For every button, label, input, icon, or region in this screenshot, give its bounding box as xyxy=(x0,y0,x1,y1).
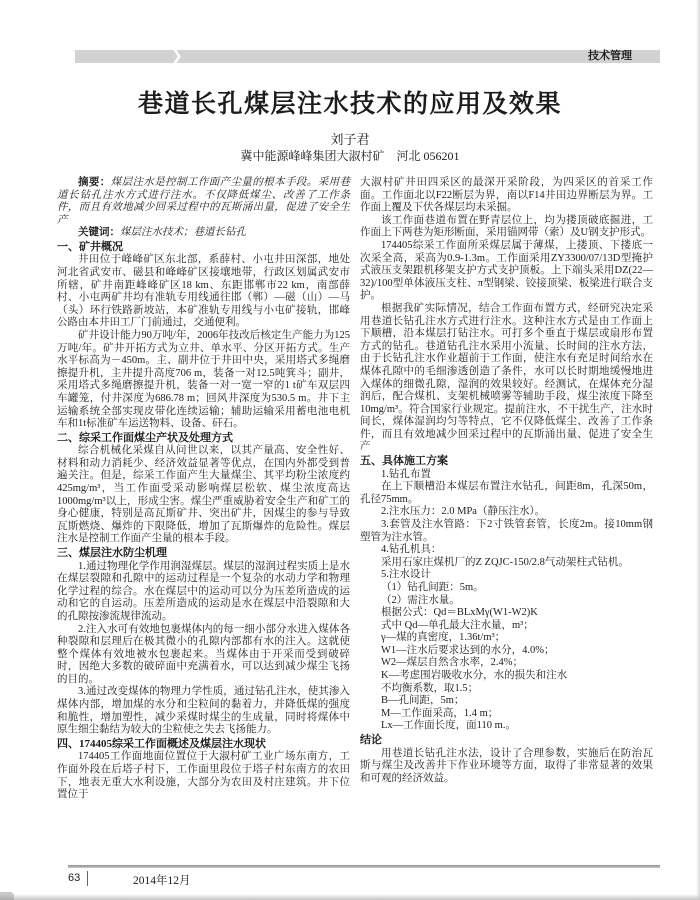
paragraph: K—考虑围岩吸收水分，水的损失和注水 xyxy=(360,670,653,683)
right-column: 大淑村矿井田四采区的最深开采阶段，为四采区的首采工作面。工作面北以F22断层为界… xyxy=(360,177,653,802)
paragraph: 174405综采工作面所采煤层属于薄煤，上搂顶、下搂底一次采全高，采高为0.9-… xyxy=(360,240,653,303)
paragraph: 根据公式：Qd＝BLxMγ(W1-W2)K xyxy=(360,607,653,620)
header-bar: ❯ 技术管理 xyxy=(75,50,660,63)
section-heading: 五、具体施工方案 xyxy=(360,454,653,469)
paragraph: 3.套管及注水管路：下2寸铁管套管，长度2m。接10mm钢塑管为注水管。 xyxy=(360,519,653,544)
keywords-label: 关键词： xyxy=(78,227,120,238)
paragraph: 用巷道长钻孔注水法，设计了合理参数，实施后在防治瓦斯与煤尘及改善井下作业环境等方… xyxy=(360,748,653,786)
section-heading: 三、煤层注水防尘机理 xyxy=(57,546,350,561)
paragraph: B—孔间距，5m； xyxy=(360,695,653,708)
paragraph: 1.通过物理化学作用润湿煤层。煤层的湿润过程实质上是水在煤层裂隙和孔隙中的运动过… xyxy=(57,561,350,624)
paragraph: 式中 Qd—单孔最大注水量，m³； xyxy=(360,620,653,633)
keywords: 关键词：煤层注水技术；巷道长钻孔 xyxy=(57,227,350,240)
scan-edge-right xyxy=(696,0,700,900)
abstract: 摘要：煤层注水是控制工作面产尘量的根本手段。采用巷道长钻孔注水方式进行注水。不仅… xyxy=(57,177,350,227)
paragraph: 3.通过改变煤体的物理力学性质，通过钻孔注水，使其渗入煤体内部，增加煤的水分和尘… xyxy=(57,686,350,736)
paragraph: W2—煤层自然含水率，2.4%； xyxy=(360,657,653,670)
footer-separator-bar xyxy=(87,871,88,886)
paragraph: 5.注水设计 xyxy=(360,569,653,582)
paragraph: 采用石家庄煤机厂的Z ZQJC-150/2.8气动架柱式钻机。 xyxy=(360,557,653,570)
right-column-flow: 大淑村矿井田四采区的最深开采阶段，为四采区的首采工作面。工作面北以F22断层为界… xyxy=(360,177,653,785)
paragraph: M—工作面采高，1.4 m； xyxy=(360,708,653,721)
footer-divider xyxy=(68,865,660,868)
author-name: 刘子君 xyxy=(0,129,700,148)
scan-edge-corner xyxy=(0,892,14,900)
paragraph: 1.钻孔布置 xyxy=(360,469,653,482)
paragraph: 井田位于峰峰矿区东北部，系薛村、小屯井田深部，地处河北省武安市、磁县和峰峰矿区接… xyxy=(57,254,350,330)
paragraph: W1—注水后要求达到的水分，4.0%； xyxy=(360,645,653,658)
scan-edge-bottom xyxy=(0,894,700,900)
paragraph: 大淑村矿井田四采区的最深开采阶段，为四采区的首采工作面。工作面北以F22断层为界… xyxy=(360,177,653,215)
paragraph: 4.钻孔机具： xyxy=(360,544,653,557)
paragraph: 根据我矿实际情况，结合工作面布置方式，经研究决定采用巷道长钻孔注水方式进行注水。… xyxy=(360,303,653,454)
paragraph: （2）需注水量。 xyxy=(360,595,653,608)
issue-date: 2014年12月 xyxy=(133,872,191,888)
paragraph: γ—煤的真密度，1.36t/m³； xyxy=(360,632,653,645)
paragraph: （1）钻孔间距：5m。 xyxy=(360,582,653,595)
paragraph: 矿井设计能力90万吨/年，2006年技改后核定生产能力为125万吨/年。矿井开拓… xyxy=(57,330,350,431)
section-heading: 二、综采工作面煤尘产状及处理方式 xyxy=(57,431,350,446)
paragraph: 不均衡系数，取1.5； xyxy=(360,683,653,696)
section-heading: 一、矿井概况 xyxy=(57,240,350,255)
affiliation: 冀中能源峰峰集团大淑村矿 河北 056201 xyxy=(0,147,700,164)
paragraph: Lx—工作面长度，面110 m.。 xyxy=(360,720,653,733)
paragraph: 综合机械化采煤自从问世以来，以其产量高、安全性好、材料和动力消耗少、经济效益显著… xyxy=(57,445,350,546)
paragraph: 2.注水压力：2.0 MPa（静压注水）。 xyxy=(360,506,653,519)
article-body: 摘要：煤层注水是控制工作面产尘量的根本手段。采用巷道长钻孔注水方式进行注水。不仅… xyxy=(57,177,653,802)
category-label: 技术管理 xyxy=(588,50,632,63)
abstract-label: 摘要： xyxy=(78,177,111,188)
section-heading: 四、174405综采工作面概述及煤层注水现状 xyxy=(57,737,350,752)
paragraph: 在上下顺槽沿本煤层布置注水钻孔，间距8m，孔深50m，孔径75mm。 xyxy=(360,481,653,506)
left-column-flow: 一、矿井概况井田位于峰峰矿区东北部，系薛村、小屯井田深部，地处河北省武安市、磁县… xyxy=(57,240,350,802)
paragraph: 2.注入水可有效地包裹煤体内的每一细小部分水进入煤体各种裂隙和层理后在极其微小的… xyxy=(57,624,350,687)
paragraph: 该工作面巷道布置在野青层位上，均为搂顶破底掘进，工作面上下两巷为矩形断面，采用锚… xyxy=(360,215,653,240)
left-column: 摘要：煤层注水是控制工作面产尘量的根本手段。采用巷道长钻孔注水方式进行注水。不仅… xyxy=(57,177,350,802)
keywords-text: 煤层注水技术；巷道长钻孔 xyxy=(120,227,246,238)
page-number: 63 xyxy=(68,872,80,884)
chevron-right-icon: ❯ xyxy=(171,48,183,64)
paragraph: 174405工作面地面位置位于大淑村矿工业广场东南方，工作面外段在后塔子村下，工… xyxy=(57,751,350,801)
page-title: 巷道长孔煤层注水技术的应用及效果 xyxy=(0,84,700,120)
section-heading: 结论 xyxy=(360,733,653,748)
